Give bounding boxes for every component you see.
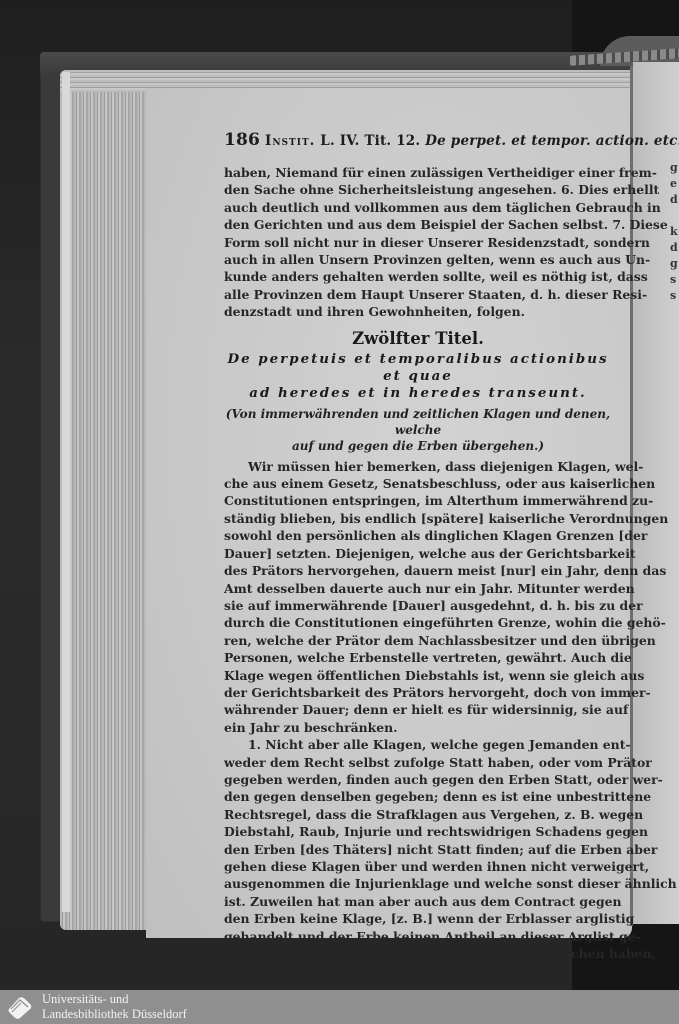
opening-paragraph: haben, Niemand für einen zulässigen Vert…: [224, 164, 612, 321]
text-line: haben, Niemand für einen zulässigen Vert…: [224, 164, 612, 181]
text-line: Rechtsregel, dass die Strafklagen aus Ve…: [224, 806, 612, 823]
text-line: Wir müssen hier bemerken, dass diejenige…: [224, 458, 612, 475]
text-line: sowohl den persönlichen als dinglichen K…: [224, 527, 612, 544]
text-line: Form soll nicht nur in dieser Unserer Re…: [224, 234, 612, 251]
german-subtitle-line: auf und gegen die Erben übergehen.): [224, 438, 612, 454]
text-line: ein Jahr zu beschränken.: [224, 719, 612, 736]
text-line: auch in allen Unsern Provinzen gelten, w…: [224, 251, 612, 268]
text-line: währender Dauer; denn er hielt es für wi…: [224, 701, 612, 718]
institution-line-1: Universitäts- und: [42, 992, 187, 1007]
ulb-book-logo-icon: [6, 994, 34, 1020]
text-line: der Gerichtsbarkeit des Prätors hervorge…: [224, 684, 612, 701]
text-line: sie auf immerwährende [Dauer] ausgedehnt…: [224, 597, 612, 614]
text-line: ausgenommen die Injurienklage und welche…: [224, 875, 612, 892]
text-line: auch deutlich und vollkommen aus dem täg…: [224, 199, 612, 216]
text-line: gehen diese Klagen über und werden ihnen…: [224, 858, 612, 875]
german-subtitle-line: (Von immerwährenden und zeitlichen Klage…: [224, 406, 612, 438]
text-line: alle Provinzen dem Haupt Unserer Staaten…: [224, 286, 612, 303]
text-line: gehandelt und der Erbe keinen Antheil an…: [224, 928, 612, 945]
text-line: denzstadt und ihren Gewohnheiten, folgen…: [224, 303, 612, 320]
footer-bar: Universitäts- und Landesbibliothek Düsse…: [0, 990, 679, 1024]
text-line: den Erben [des Thäters] nicht Statt find…: [224, 841, 612, 858]
running-head-work: Instit.: [265, 133, 315, 149]
text-line: che aus einem Gesetz, Senatsbeschluss, o…: [224, 475, 612, 492]
page-edge-highlight: [62, 72, 70, 912]
institution-line-2: Landesbibliothek Düsseldorf: [42, 1007, 187, 1022]
text-line: den Sache ohne Sicherheitsleistung anges…: [224, 181, 612, 198]
text-line: 1. Nicht aber alle Klagen, welche gegen …: [224, 736, 612, 753]
text-line: den gegen denselben gegeben; denn es ist…: [224, 788, 612, 805]
text-line: Amt desselben dauerte auch nur ein Jahr.…: [224, 580, 612, 597]
text-line: gegeben werden, finden auch gegen den Er…: [224, 771, 612, 788]
paragraph-intro: Wir müssen hier bemerken, dass diejenige…: [224, 458, 612, 737]
running-head-book-title: L. IV. Tit. 12.: [320, 133, 420, 149]
text-line: den Gerichten und aus dem Beispiel der S…: [224, 216, 612, 233]
text-line: Constitutionen entspringen, im Alterthum…: [224, 492, 612, 509]
text-line: den Erben keine Klage, [z. B.] wenn der …: [224, 910, 612, 927]
text-line: Personen, welche Erbenstelle vertreten, …: [224, 649, 612, 666]
facing-page-text-fragments: g e d k d g s s: [670, 160, 679, 304]
latin-title: De perpetuis et temporalibus actionibus …: [224, 351, 612, 402]
paragraph-section-1: 1. Nicht aber alle Klagen, welche gegen …: [224, 736, 612, 962]
running-head: 186 Instit. L. IV. Tit. 12. De perpet. e…: [224, 130, 612, 150]
latin-title-line: De perpetuis et temporalibus actionibus …: [224, 351, 612, 385]
institution-name: Universitäts- und Landesbibliothek Düsse…: [42, 992, 187, 1022]
text-line: ständig blieben, bis endlich [spätere] k…: [224, 510, 612, 527]
german-subtitle: (Von immerwährenden und zeitlichen Klage…: [224, 406, 612, 454]
text-line: kunde anders gehalten werden sollte, wei…: [224, 268, 612, 285]
chapter-heading: Zwölfter Titel.: [224, 329, 612, 348]
text-line: habt hat. Strafklagen, von denen Wir obe…: [224, 945, 612, 962]
text-line: Dauer] setzten. Diejenigen, welche aus d…: [224, 545, 612, 562]
running-head-subject: De perpet. et tempor. action. etc.: [425, 133, 679, 149]
text-line: durch die Constitutionen eingeführten Gr…: [224, 614, 612, 631]
latin-title-line: ad heredes et in heredes transeunt.: [224, 385, 612, 402]
page-stack-fore-edge: [60, 70, 150, 930]
page-text-block: 186 Instit. L. IV. Tit. 12. De perpet. e…: [224, 130, 612, 962]
text-line: weder dem Recht selbst zufolge Statt hab…: [224, 754, 612, 771]
text-line: des Prätors hervorgehen, dauern meist [n…: [224, 562, 612, 579]
text-line: ren, welche der Prätor dem Nachlassbesit…: [224, 632, 612, 649]
text-line: Klage wegen öffentlichen Diebstahls ist,…: [224, 667, 612, 684]
text-line: ist. Zuweilen hat man aber auch aus dem …: [224, 893, 612, 910]
page-number: 186: [224, 130, 260, 150]
text-line: Diebstahl, Raub, Injurie und rechtswidri…: [224, 823, 612, 840]
